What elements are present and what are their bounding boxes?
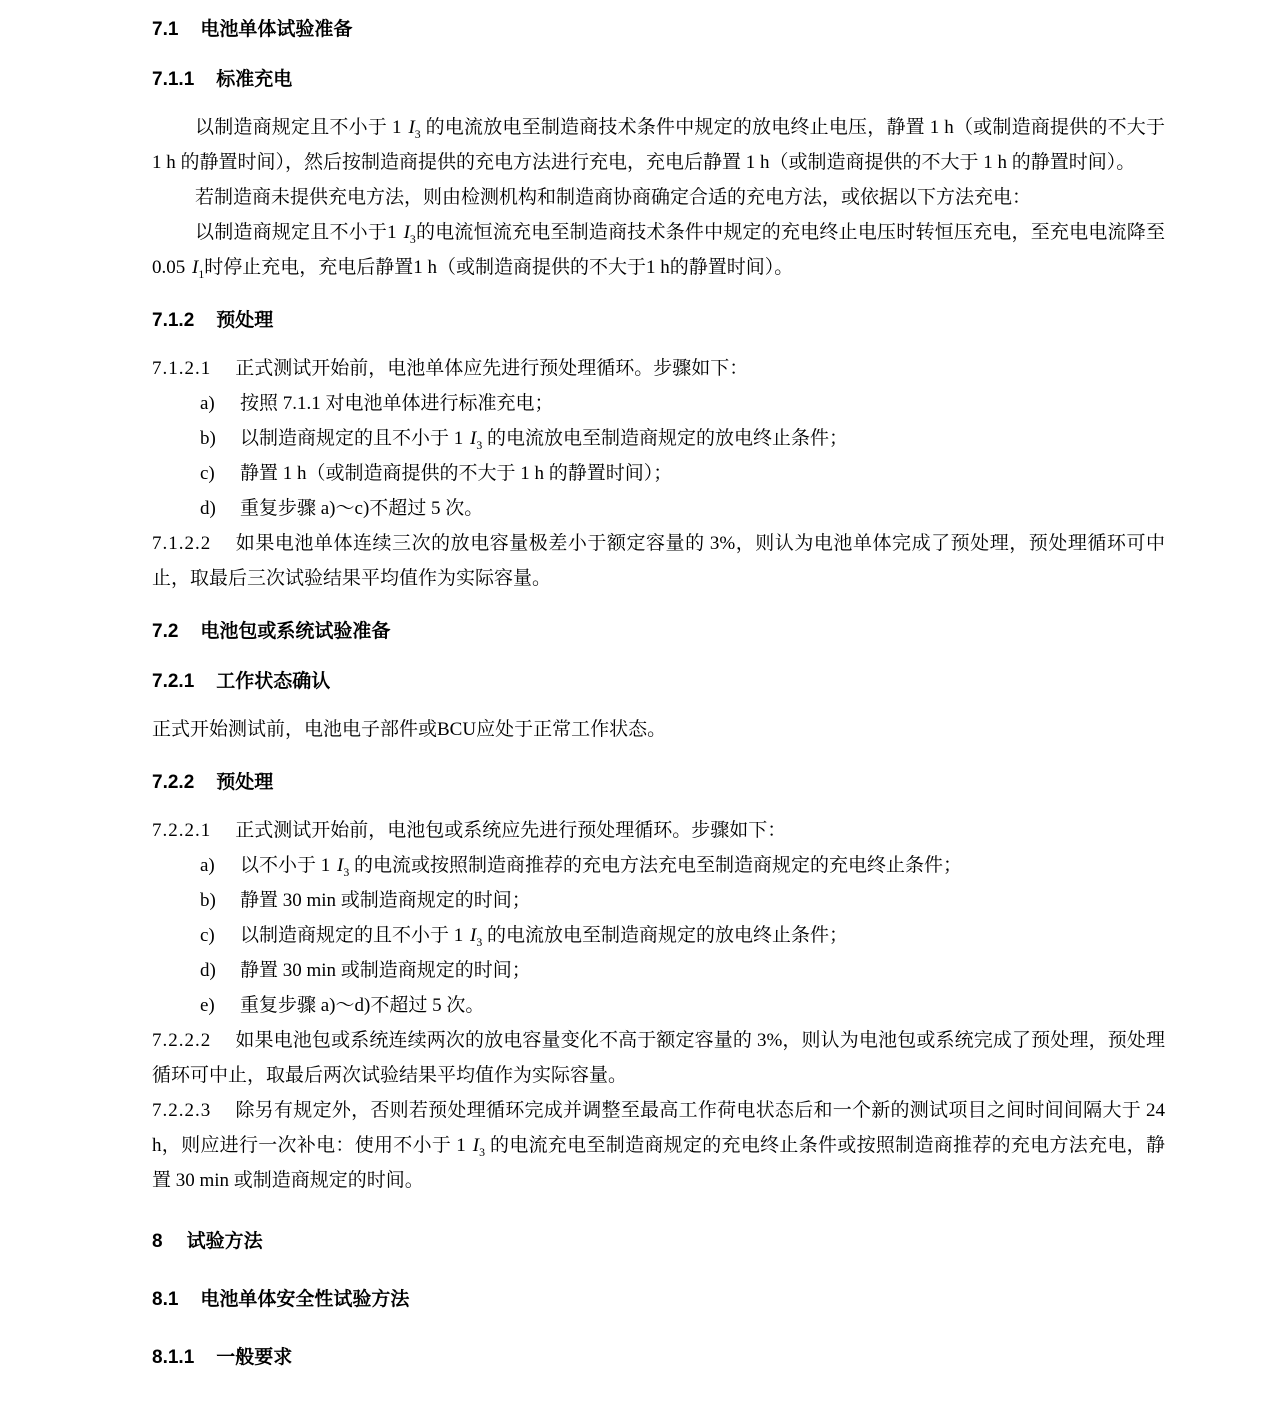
section-heading-8.1: 8.1电池单体安全性试验方法 [152,1286,1165,1314]
list-item-text: 重复步骤 a)～d)不超过 5 次。 [240,988,1165,1023]
clause-paragraph-7.2.2.1: 7.2.2.1正式测试开始前，电池包或系统应先进行预处理循环。步骤如下： [152,813,1165,848]
list-item-text: 静置 30 min 或制造商规定的时间； [240,953,1165,988]
document-body: 7.1电池单体试验准备7.1.1标准充电以制造商规定且不小于 1 I3 的电流放… [152,16,1165,1372]
clause-text: 如果电池包或系统连续两次的放电容量变化不高于额定容量的 3%，则认为电池包或系统… [152,1030,1165,1086]
paragraph: 以制造商规定且不小于 1 I3 的电流放电至制造商技术条件中规定的放电终止电压，… [152,110,1165,180]
list-item-b: b)以制造商规定的且不小于 1 I3 的电流放电至制造商规定的放电终止条件； [152,421,1165,456]
clause-number: 7.1.2.2 [152,526,211,561]
section-heading-7.2.2: 7.2.2预处理 [152,769,1165,797]
section-number: 8.1 [152,1286,178,1314]
list-item-b: b)静置 30 min 或制造商规定的时间； [152,883,1165,918]
section-number: 8 [152,1228,163,1256]
clause-paragraph-7.1.2.1: 7.1.2.1正式测试开始前，电池单体应先进行预处理循环。步骤如下： [152,351,1165,386]
list-item-label: c) [200,918,240,953]
clause-number: 7.2.2.2 [152,1023,211,1058]
list-item-d: d)静置 30 min 或制造商规定的时间； [152,953,1165,988]
list-item-text: 以制造商规定的且不小于 1 I3 的电流放电至制造商规定的放电终止条件； [240,918,1165,953]
section-heading-7.2: 7.2电池包或系统试验准备 [152,618,1165,646]
section-title: 电池单体安全性试验方法 [200,1289,409,1310]
clause-number: 7.2.2.1 [152,813,211,848]
list-item-text: 静置 1 h（或制造商提供的不大于 1 h 的静置时间）； [240,456,1165,491]
section-title: 预处理 [216,310,273,331]
section-heading-7.1.2: 7.1.2预处理 [152,307,1165,335]
current-symbol: I [402,222,410,243]
section-heading-7.1: 7.1电池单体试验准备 [152,16,1165,44]
section-title: 标准充电 [216,69,292,90]
section-number: 7.1 [152,16,178,44]
clause-text: 除另有规定外，否则若预处理循环完成并调整至最高工作荷电状态后和一个新的测试项目之… [152,1100,1165,1191]
paragraph: 若制造商未提供充电方法，则由检测机构和制造商协商确定合适的充电方法，或依据以下方… [152,180,1165,215]
section-heading-8: 8试验方法 [152,1228,1165,1256]
current-symbol: I [471,1135,479,1156]
list-item-text: 按照 7.1.1 对电池单体进行标准充电； [240,386,1165,421]
section-number: 7.2.2 [152,769,194,797]
list-item-label: e) [200,988,240,1023]
clause-number: 7.1.2.1 [152,351,211,386]
list-item-label: d) [200,491,240,526]
list-item-a: a)以不小于 1 I3 的电流或按照制造商推荐的充电方法充电至制造商规定的充电终… [152,848,1165,883]
list-item-d: d)重复步骤 a)～c)不超过 5 次。 [152,491,1165,526]
list-item-e: e)重复步骤 a)～d)不超过 5 次。 [152,988,1165,1023]
list-item-label: b) [200,883,240,918]
section-number: 7.2 [152,618,178,646]
clause-paragraph-7.2.2.2: 7.2.2.2如果电池包或系统连续两次的放电容量变化不高于额定容量的 3%，则认… [152,1023,1165,1093]
list-item-text: 重复步骤 a)～c)不超过 5 次。 [240,491,1165,526]
clause-text: 正式测试开始前，电池单体应先进行预处理循环。步骤如下： [235,358,748,379]
section-heading-7.2.1: 7.2.1工作状态确认 [152,668,1165,696]
section-title: 工作状态确认 [216,671,330,692]
clause-number: 7.2.2.3 [152,1093,211,1128]
section-title: 试验方法 [187,1231,263,1252]
section-number: 7.1.1 [152,66,194,94]
section-number: 7.1.2 [152,307,194,335]
current-symbol: I [406,117,414,138]
list-item-text: 静置 30 min 或制造商规定的时间； [240,883,1165,918]
clause-paragraph-7.1.2.2: 7.1.2.2如果电池单体连续三次的放电容量极差小于额定容量的 3%，则认为电池… [152,526,1165,596]
document-page: 7.1电池单体试验准备7.1.1标准充电以制造商规定且不小于 1 I3 的电流放… [0,0,1280,1420]
section-number: 8.1.1 [152,1344,194,1372]
paragraph: 以制造商规定且不小于1 I3的电流恒流充电至制造商技术条件中规定的充电终止电压时… [152,215,1165,285]
clause-text: 如果电池单体连续三次的放电容量极差小于额定容量的 3%，则认为电池单体完成了预处… [152,533,1165,589]
section-title: 一般要求 [216,1347,292,1368]
section-heading-7.1.1: 7.1.1标准充电 [152,66,1165,94]
list-item-label: d) [200,953,240,988]
section-title: 预处理 [216,772,273,793]
list-item-label: b) [200,421,240,456]
section-number: 7.2.1 [152,668,194,696]
section-title: 电池单体试验准备 [200,19,352,40]
list-item-a: a)按照 7.1.1 对电池单体进行标准充电； [152,386,1165,421]
paragraph: 正式开始测试前，电池电子部件或BCU应处于正常工作状态。 [152,712,1165,747]
list-item-c: c)以制造商规定的且不小于 1 I3 的电流放电至制造商规定的放电终止条件； [152,918,1165,953]
list-item-text: 以不小于 1 I3 的电流或按照制造商推荐的充电方法充电至制造商规定的充电终止条… [240,848,1165,883]
section-title: 电池包或系统试验准备 [200,621,390,642]
list-item-label: a) [200,386,240,421]
clause-paragraph-7.2.2.3: 7.2.2.3除另有规定外，否则若预处理循环完成并调整至最高工作荷电状态后和一个… [152,1093,1165,1198]
list-item-label: c) [200,456,240,491]
list-item-text: 以制造商规定的且不小于 1 I3 的电流放电至制造商规定的放电终止条件； [240,421,1165,456]
section-heading-8.1.1: 8.1.1一般要求 [152,1344,1165,1372]
list-item-c: c)静置 1 h（或制造商提供的不大于 1 h 的静置时间）； [152,456,1165,491]
clause-text: 正式测试开始前，电池包或系统应先进行预处理循环。步骤如下： [235,820,786,841]
list-item-label: a) [200,848,240,883]
